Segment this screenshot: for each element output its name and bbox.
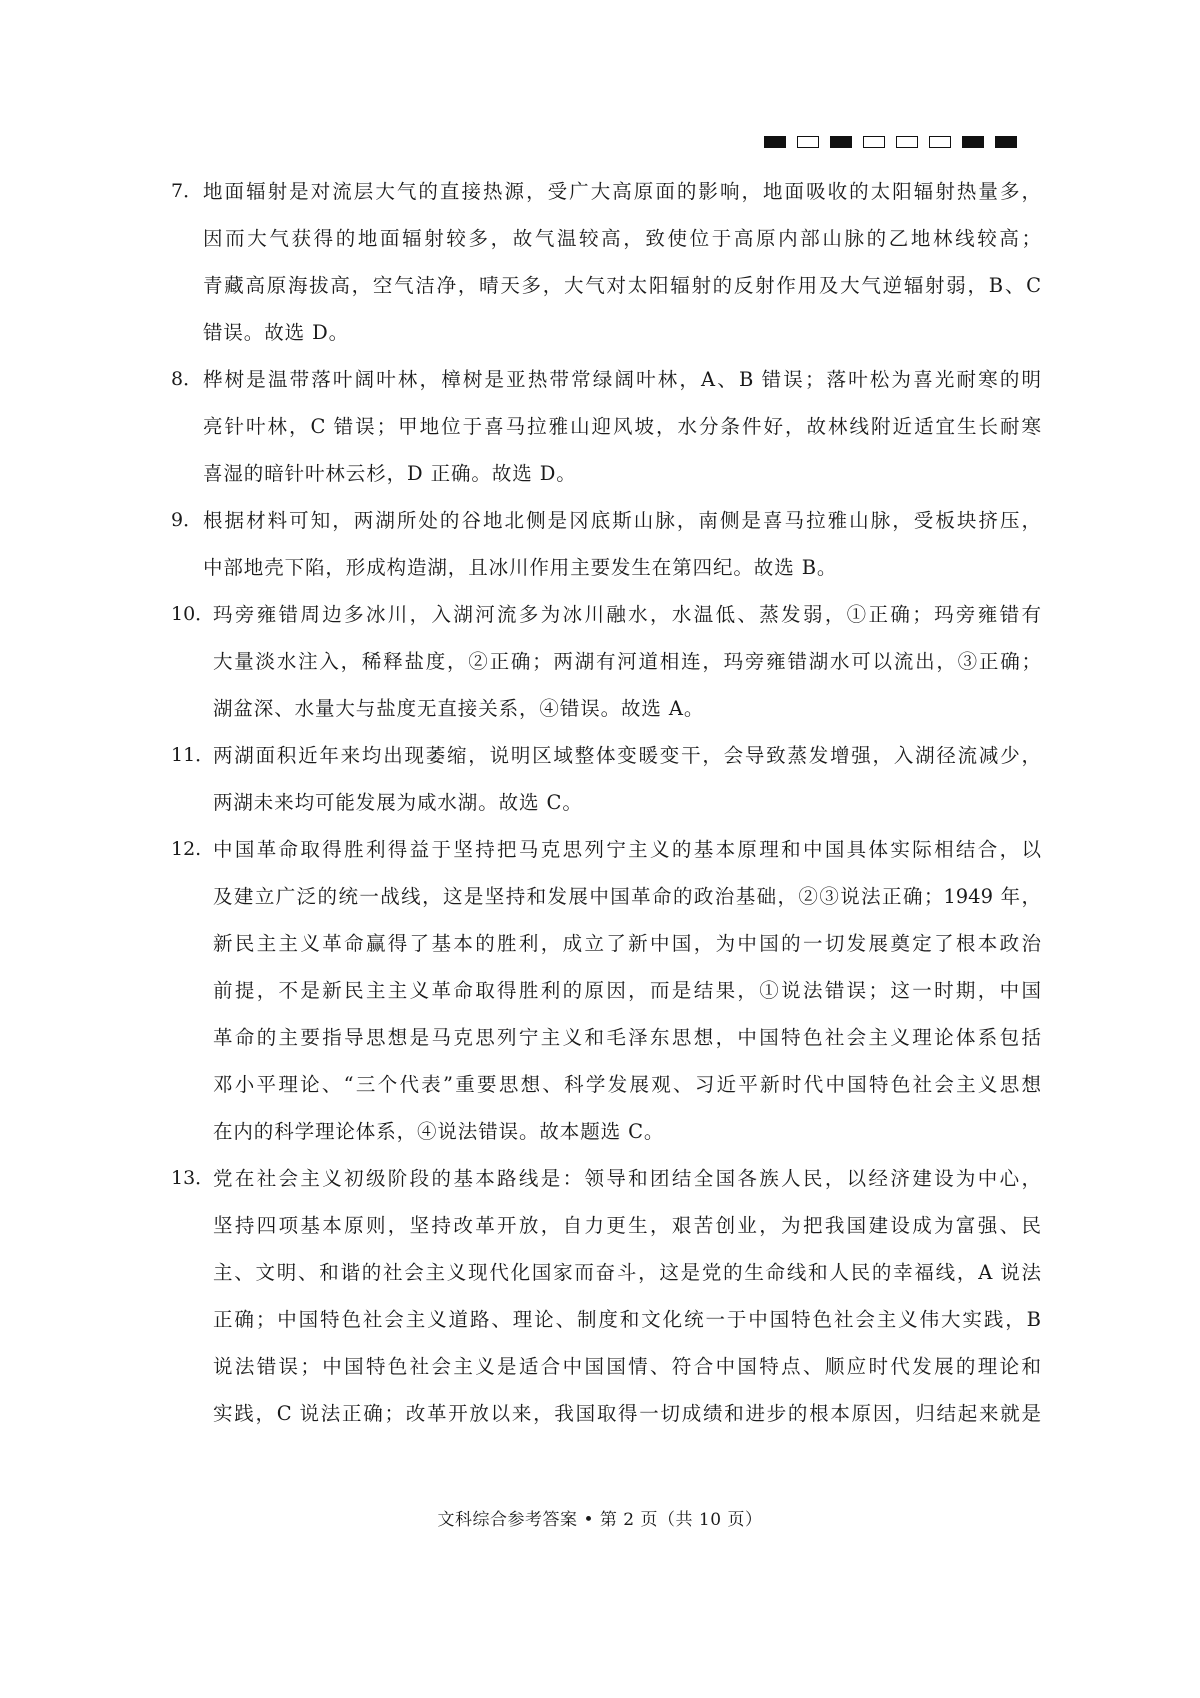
header-mark-5 xyxy=(896,136,918,148)
answer-number: 11． xyxy=(171,732,213,826)
answer-12: 12. 中国革命取得胜利得益于坚持把马克思列宁主义的基本原理和中国具体实际相结合… xyxy=(171,826,1041,1155)
header-mark-8 xyxy=(995,136,1017,148)
answer-line: 大量淡水注入，稀释盐度，②正确；两湖有河道相连，玛旁雍错湖水可以流出，③正确； xyxy=(213,638,1041,685)
answer-line: 党在社会主义初级阶段的基本路线是：领导和团结全国各族人民，以经济建设为中心， xyxy=(213,1155,1041,1202)
header-mark-6 xyxy=(929,136,951,148)
answer-line: 两湖未来均可能发展为咸水湖。故选 C。 xyxy=(213,779,1041,826)
answer-line: 两湖面积近年来均出现萎缩，说明区域整体变暖变干，会导致蒸发增强，入湖径流减少， xyxy=(213,732,1041,779)
answer-line: 新民主主义革命赢得了基本的胜利，成立了新中国，为中国的一切发展奠定了根本政治 xyxy=(213,920,1041,967)
answer-line: 桦树是温带落叶阔叶林，樟树是亚热带常绿阔叶林，A、B 错误；落叶松为喜光耐寒的明 xyxy=(203,356,1041,403)
answer-line: 玛旁雍错周边多冰川，入湖河流多为冰川融水，水温低、蒸发弱，①正确；玛旁雍错有 xyxy=(213,591,1041,638)
header-mark-4 xyxy=(863,136,885,148)
answer-line: 在内的科学理论体系，④说法错误。故本题选 C。 xyxy=(213,1108,1041,1155)
answer-line: 湖盆深、水量大与盐度无直接关系，④错误。故选 A。 xyxy=(213,685,1041,732)
answer-line: 错误。故选 D。 xyxy=(203,309,1041,356)
answer-number: 7． xyxy=(171,168,203,356)
answer-list: 7． 地面辐射是对流层大气的直接热源，受广大高原面的影响，地面吸收的太阳辐射热量… xyxy=(171,168,1041,1437)
answer-line: 坚持四项基本原则，坚持改革开放，自力更生，艰苦创业，为把我国建设成为富强、民 xyxy=(213,1202,1041,1249)
page-footer: 文科综合参考答案 • 第 2 页（共 10 页） xyxy=(0,1505,1200,1530)
answer-line: 亮针叶林，C 错误；甲地位于喜马拉雅山迎风坡，水分条件好，故林线附近适宜生长耐寒 xyxy=(203,403,1041,450)
answer-line: 主、文明、和谐的社会主义现代化国家而奋斗，这是党的生命线和人民的幸福线，A 说法 xyxy=(213,1249,1041,1296)
header-mark-1 xyxy=(764,136,786,148)
answer-line: 中部地壳下陷，形成构造湖，且冰川作用主要发生在第四纪。故选 B。 xyxy=(203,544,1041,591)
header-mark-2 xyxy=(797,136,819,148)
answer-line: 因而大气获得的地面辐射较多，故气温较高，致使位于高原内部山脉的乙地林线较高； xyxy=(203,215,1041,262)
answer-line: 邓小平理论、“三个代表”重要思想、科学发展观、习近平新时代中国特色社会主义思想 xyxy=(213,1061,1041,1108)
header-mark-7 xyxy=(962,136,984,148)
answer-number: 9． xyxy=(171,497,203,591)
header-marks xyxy=(764,136,1017,148)
answer-line: 根据材料可知，两湖所处的谷地北侧是冈底斯山脉，南侧是喜马拉雅山脉，受板块挤压， xyxy=(203,497,1041,544)
answer-7: 7． 地面辐射是对流层大气的直接热源，受广大高原面的影响，地面吸收的太阳辐射热量… xyxy=(171,168,1041,356)
answer-number: 10． xyxy=(171,591,213,732)
answer-10: 10． 玛旁雍错周边多冰川，入湖河流多为冰川融水，水温低、蒸发弱，①正确；玛旁雍… xyxy=(171,591,1041,732)
answer-number: 13． xyxy=(171,1155,213,1437)
answer-line: 中国革命取得胜利得益于坚持把马克思列宁主义的基本原理和中国具体实际相结合，以 xyxy=(213,826,1041,873)
answer-13: 13． 党在社会主义初级阶段的基本路线是：领导和团结全国各族人民，以经济建设为中… xyxy=(171,1155,1041,1437)
answer-line: 实践，C 说法正确；改革开放以来，我国取得一切成绩和进步的根本原因，归结起来就是 xyxy=(213,1390,1041,1437)
answer-line: 喜湿的暗针叶林云杉，D 正确。故选 D。 xyxy=(203,450,1041,497)
answer-number: 8． xyxy=(171,356,203,497)
answer-line: 青藏高原海拔高，空气洁净，晴天多，大气对太阳辐射的反射作用及大气逆辐射弱，B、C xyxy=(203,262,1041,309)
answer-11: 11． 两湖面积近年来均出现萎缩，说明区域整体变暖变干，会导致蒸发增强，入湖径流… xyxy=(171,732,1041,826)
answer-line: 地面辐射是对流层大气的直接热源，受广大高原面的影响，地面吸收的太阳辐射热量多， xyxy=(203,168,1041,215)
answer-number: 12. xyxy=(171,826,213,1155)
answer-line: 及建立广泛的统一战线，这是坚持和发展中国革命的政治基础，②③说法正确；1949 … xyxy=(213,873,1041,920)
answer-9: 9． 根据材料可知，两湖所处的谷地北侧是冈底斯山脉，南侧是喜马拉雅山脉，受板块挤… xyxy=(171,497,1041,591)
header-mark-3 xyxy=(830,136,852,148)
answer-line: 革命的主要指导思想是马克思列宁主义和毛泽东思想，中国特色社会主义理论体系包括 xyxy=(213,1014,1041,1061)
answer-line: 说法错误；中国特色社会主义是适合中国国情、符合中国特点、顺应时代发展的理论和 xyxy=(213,1343,1041,1390)
answer-line: 正确；中国特色社会主义道路、理论、制度和文化统一于中国特色社会主义伟大实践，B xyxy=(213,1296,1041,1343)
answer-8: 8． 桦树是温带落叶阔叶林，樟树是亚热带常绿阔叶林，A、B 错误；落叶松为喜光耐… xyxy=(171,356,1041,497)
answer-line: 前提，不是新民主主义革命取得胜利的原因，而是结果，①说法错误；这一时期，中国 xyxy=(213,967,1041,1014)
